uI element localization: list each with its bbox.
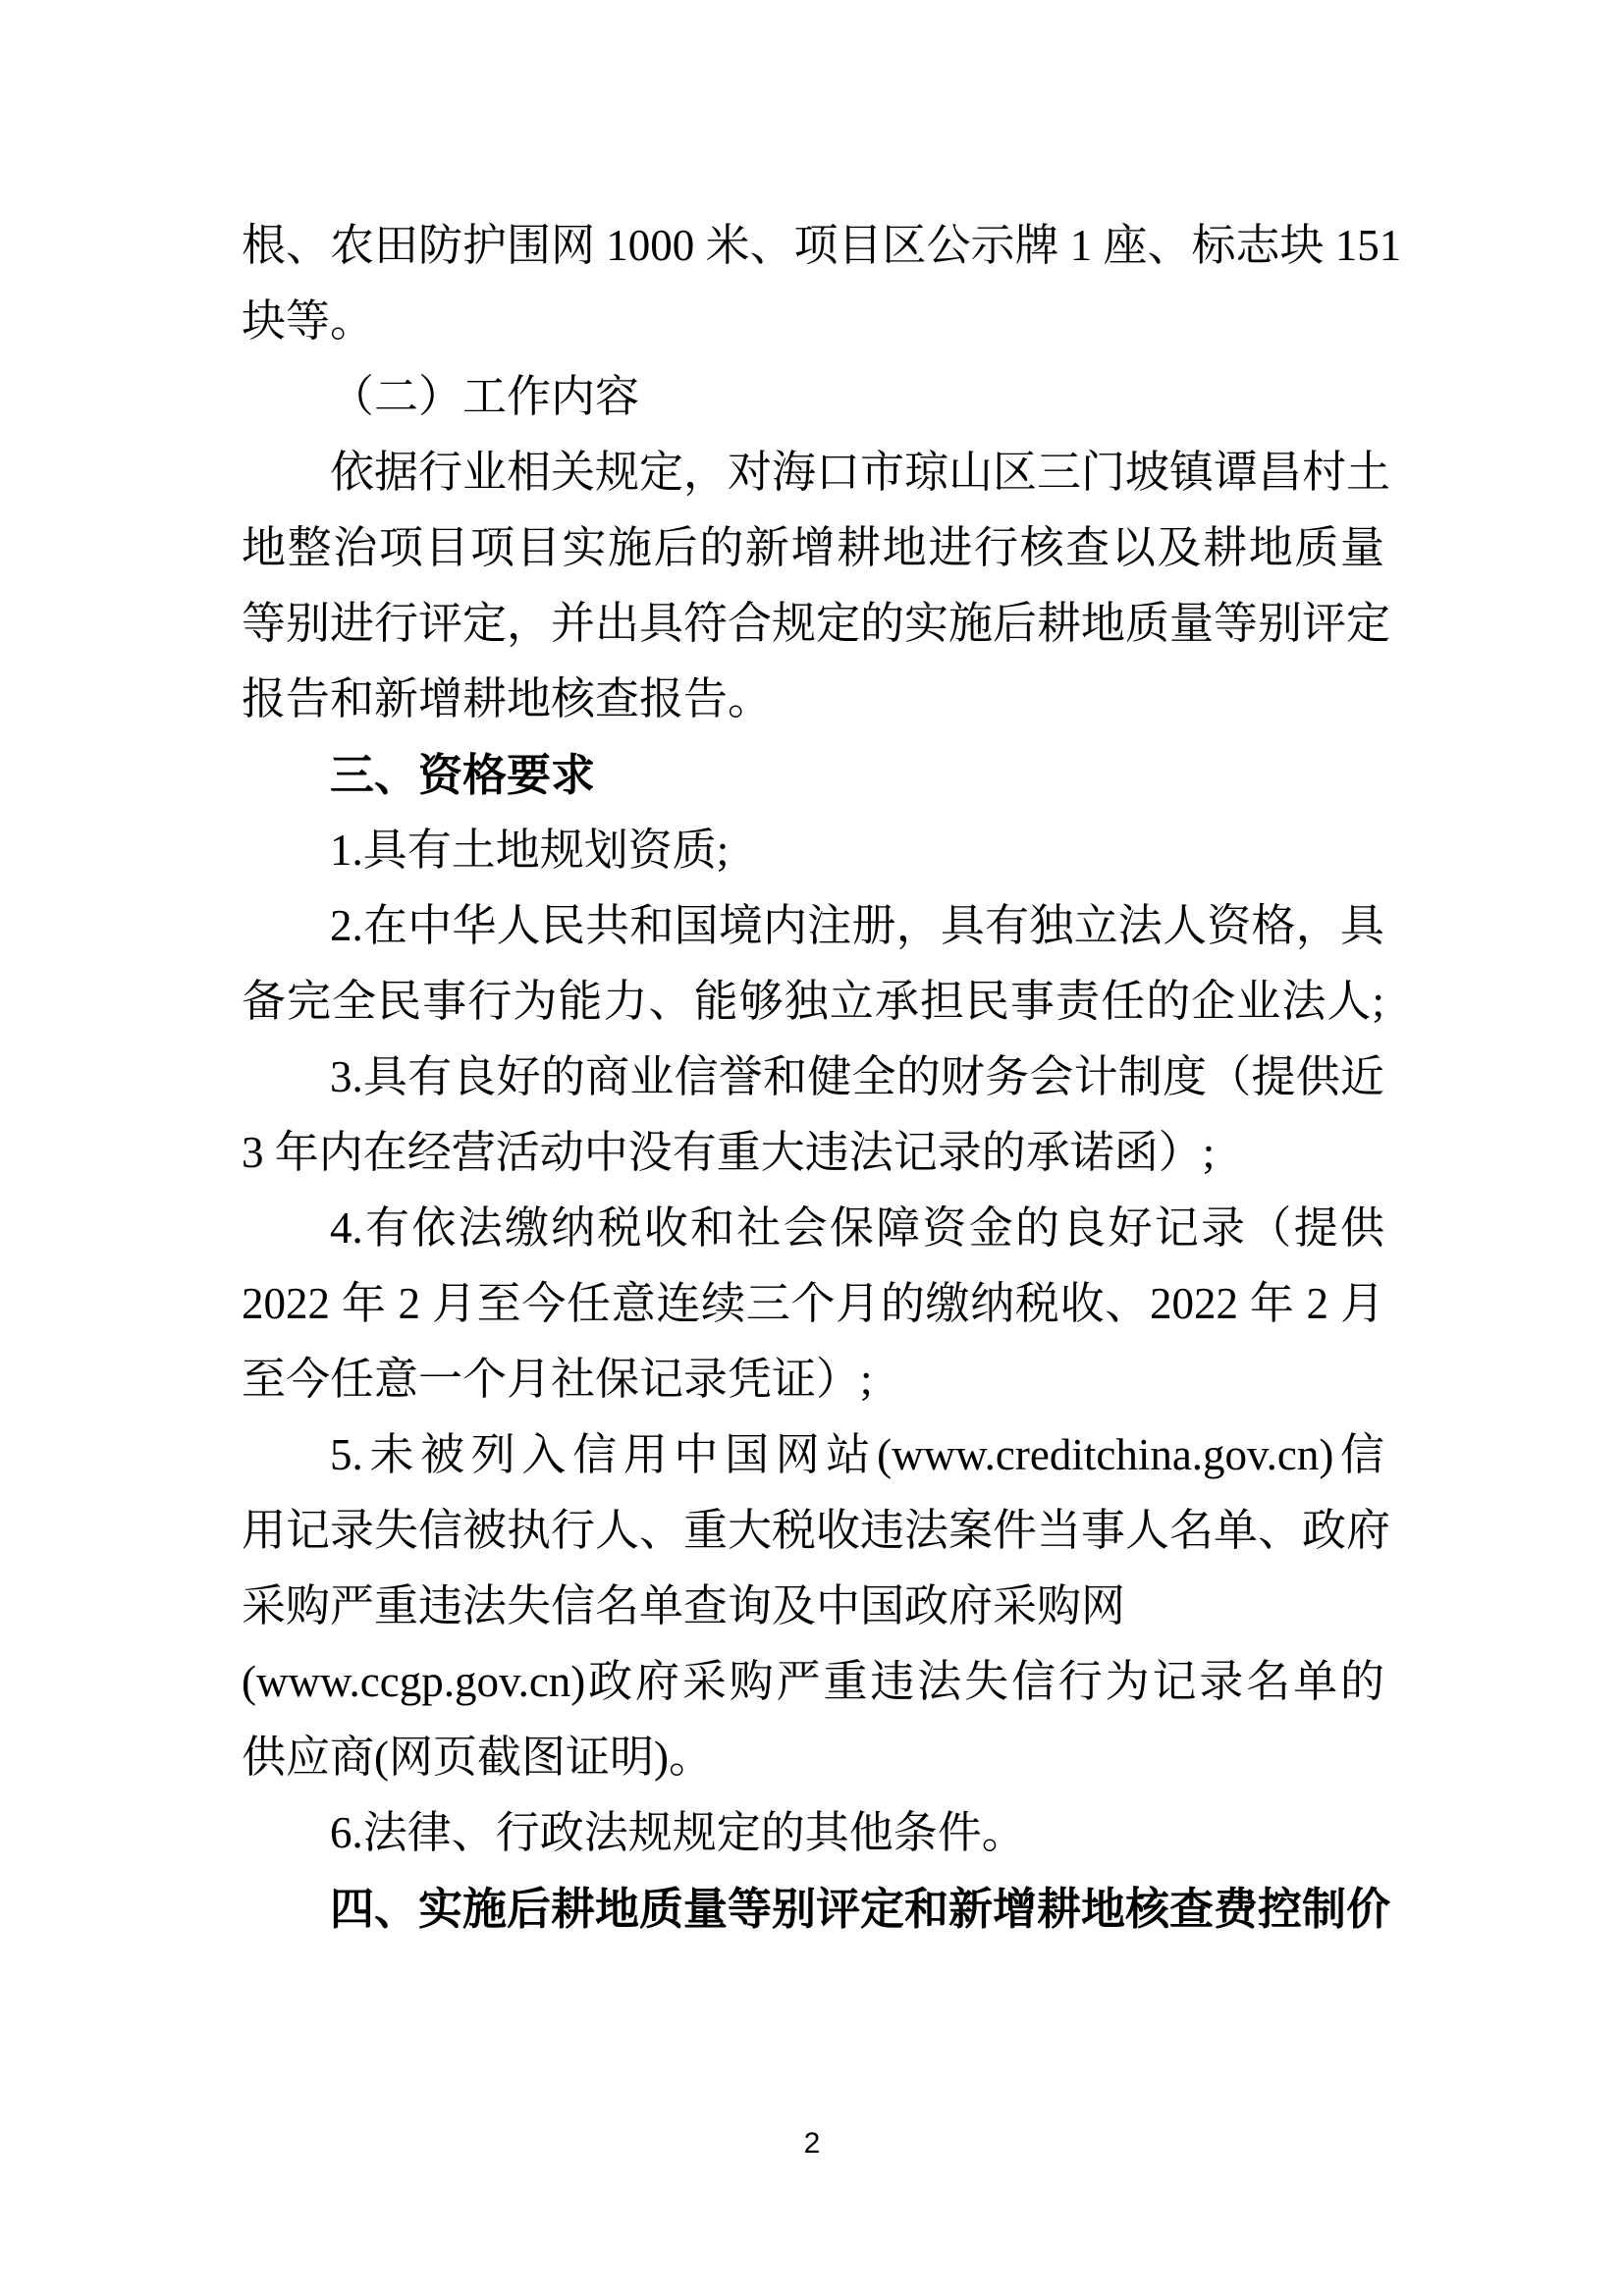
list-item-3: 3.具有良好的商业信誉和健全的财务会计制度（提供近	[242, 1040, 1384, 1115]
text-line: (www.ccgp.gov.cn)政府采购严重违法失信行为记录名单的	[242, 1644, 1384, 1720]
page-number: 2	[0, 2128, 1624, 2160]
list-item-2: 2.在中华人民共和国境内注册，具有独立法人资格，具	[242, 888, 1384, 964]
section-heading-control-price: 四、实施后耕地质量等别评定和新增耕地核查费控制价	[242, 1871, 1384, 1947]
text-line: 用记录失信被执行人、重大税收违法案件当事人名单、政府	[242, 1493, 1384, 1569]
text-line: 备完全民事行为能力、能够独立承担民事责任的企业法人;	[242, 964, 1384, 1040]
text-line: 供应商(网页截图证明)。	[242, 1720, 1384, 1795]
text-line: 3 年内在经营活动中没有重大违法记录的承诺函）;	[242, 1115, 1384, 1191]
text-line: 根、农田防护围网 1000 米、项目区公示牌 1 座、标志块 151	[242, 208, 1384, 284]
text-line: 2022 年 2 月至今任意连续三个月的缴纳税收、2022 年 2 月	[242, 1266, 1384, 1342]
list-item-5: 5.未被列入信用中国网站(www.creditchina.gov.cn)信	[242, 1417, 1384, 1493]
section-heading-qualification-requirements: 三、资格要求	[242, 737, 1384, 813]
document-content: 根、农田防护围网 1000 米、项目区公示牌 1 座、标志块 151 块等。 （…	[242, 208, 1384, 1947]
text-line: 块等。	[242, 284, 1384, 359]
text-line: 地整治项目项目实施后的新增耕地进行核查以及耕地质量	[242, 510, 1384, 586]
text-line: 报告和新增耕地核查报告。	[242, 662, 1384, 737]
list-item-4: 4.有依法缴纳税收和社会保障资金的良好记录（提供	[242, 1191, 1384, 1266]
text-line: 依据行业相关规定，对海口市琼山区三门坡镇谭昌村土	[242, 435, 1384, 510]
text-line: 等别进行评定，并出具符合规定的实施后耕地质量等别评定	[242, 586, 1384, 662]
document-page: 根、农田防护围网 1000 米、项目区公示牌 1 座、标志块 151 块等。 （…	[0, 0, 1624, 2296]
list-item-1: 1.具有土地规划资质;	[242, 813, 1384, 888]
text-line: 至今任意一个月社保记录凭证）;	[242, 1342, 1384, 1417]
subsection-heading-work-content: （二）工作内容	[242, 359, 1384, 435]
text-line: 采购严重违法失信名单查询及中国政府采购网	[242, 1569, 1384, 1644]
list-item-6: 6.法律、行政法规规定的其他条件。	[242, 1795, 1384, 1871]
